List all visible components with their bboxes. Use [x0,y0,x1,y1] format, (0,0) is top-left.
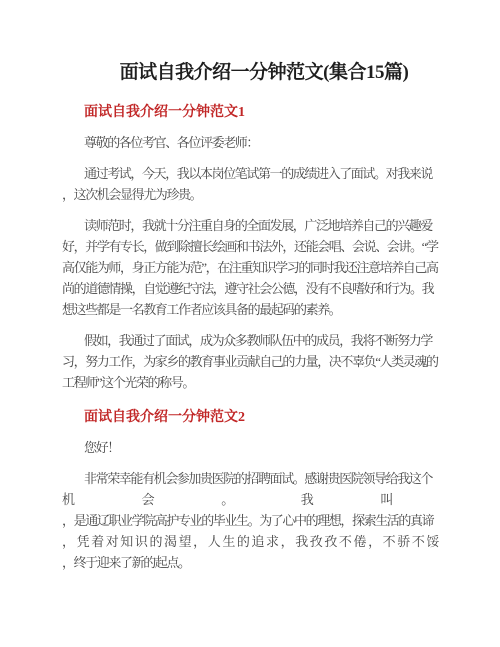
document-page: 面试自我介绍一分钟范文(集合15篇) 面试自我介绍一分钟范文1尊敬的各位考官、各… [0,0,500,647]
paragraph: 非常荣幸能有机会参加贵医院的招聘面试。感谢贵医院领导给我这个机会。我叫，是通辽职… [62,468,438,573]
section: 面试自我介绍一分钟范文1尊敬的各位考官、各位评委老师：通过考试，今天，我以本岗位… [62,103,438,393]
paragraph: 读师范时，我就十分注重自身的全面发展，广泛地培养自己的兴趣爱好，并学有专长，做到… [62,215,438,320]
text-line: ，终于迎来了新的起点。 [62,552,438,573]
text-line: ，是通辽职业学院高护专业的毕业生。为了心中的理想，探索生活的真谛 [62,510,438,531]
paragraph: 尊敬的各位考官、各位评委老师： [62,132,438,153]
text-line: 假如，我通过了面试，成为众多教师队伍中的成员，我将不断努力学 [62,330,438,351]
document-title: 面试自我介绍一分钟范文(集合15篇) [62,58,438,88]
text-line: 尊敬的各位考官、各位评委老师： [62,132,438,153]
section-heading: 面试自我介绍一分钟范文1 [62,103,438,123]
text-line: 读师范时，我就十分注重自身的全面发展，广泛地培养自己的兴趣爱 [62,215,438,236]
paragraph: 通过考试，今天，我以本岗位笔试第一的成绩进入了面试。对我来说，这次机会显得尤为珍… [62,163,438,205]
text-line: 高仅能为师，身正方能为范”，在注重知识学习的同时我还注意培养自己高 [62,257,438,278]
section: 面试自我介绍一分钟范文2您好！非常荣幸能有机会参加贵医院的招聘面试。感谢贵医院领… [62,408,438,573]
text-line: ，这次机会显得尤为珍贵。 [62,184,438,205]
document-body: 面试自我介绍一分钟范文1尊敬的各位考官、各位评委老师：通过考试，今天，我以本岗位… [62,103,438,573]
text-line: 工程师”这个光荣的称号。 [62,372,438,393]
paragraph: 假如，我通过了面试，成为众多教师队伍中的成员，我将不断努力学习，努力工作，为家乡… [62,330,438,393]
text-line: 习，努力工作，为家乡的教育事业贡献自己的力量，决不辜负“人类灵魂的 [62,351,438,372]
paragraph: 您好！ [62,437,438,458]
text-line: 好，并学有专长，做到除擅长绘画和书法外，还能会唱、会说、会讲。“学 [62,236,438,257]
text-line: 想这些都是一名教育工作者应该具备的最起码的素养。 [62,299,438,320]
section-heading: 面试自我介绍一分钟范文2 [62,408,438,428]
text-line: 机会。我叫 [62,489,392,510]
text-line: 非常荣幸能有机会参加贵医院的招聘面试。感谢贵医院领导给我这个 [62,468,438,489]
text-line: 通过考试，今天，我以本岗位笔试第一的成绩进入了面试。对我来说 [62,163,438,184]
text-line: 您好！ [62,437,438,458]
text-line: ，凭着对知识的渴望，人生的追求，我孜孜不倦，不骄不馁 [62,531,438,552]
text-line: 尚的道德情操，自觉遵纪守法，遵守社会公德，没有不良嗜好和行为。我 [62,278,438,299]
